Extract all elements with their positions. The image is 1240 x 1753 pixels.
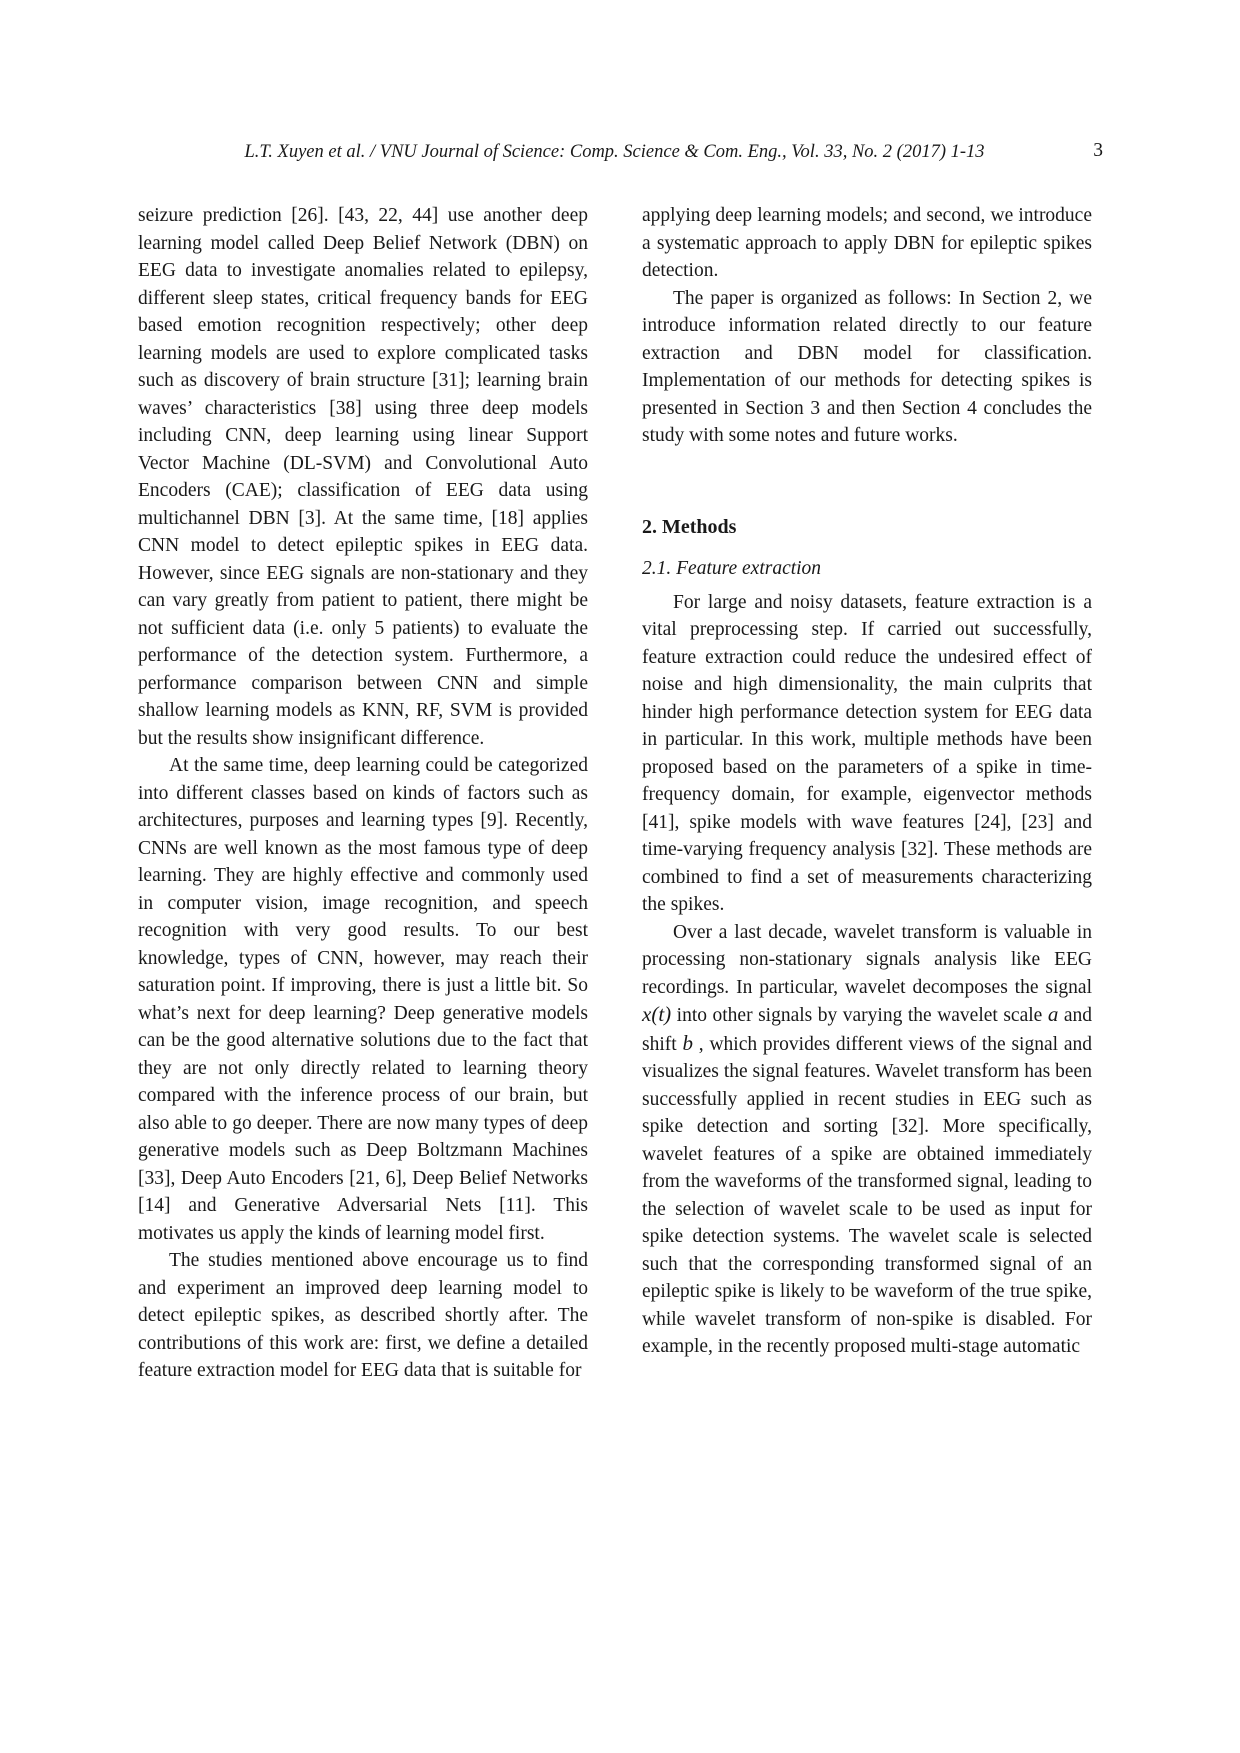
page-number: 3 — [1093, 140, 1103, 162]
right-column: applying deep learning models; and secon… — [642, 202, 1092, 1361]
running-head: L.T. Xuyen et al. / VNU Journal of Scien… — [138, 141, 1091, 163]
text-segment: , which provides different views of the … — [642, 1034, 1092, 1358]
paragraph-paper-organization: The paper is organized as follows: In Se… — [642, 285, 1092, 450]
text-segment: Over a last decade, wavelet transform is… — [642, 922, 1092, 998]
paragraph-feature-extraction: For large and noisy datasets, feature ex… — [642, 589, 1092, 919]
paragraph-related-work-continued: seizure prediction [26]. [43, 22, 44] us… — [138, 202, 588, 752]
paragraph-wavelet-transform: Over a last decade, wavelet transform is… — [642, 919, 1092, 1361]
text-segment: into other signals by varying the wavele… — [671, 1005, 1048, 1026]
paper-page: L.T. Xuyen et al. / VNU Journal of Scien… — [0, 0, 1240, 1753]
math-symbol-scale-a: a — [1048, 1002, 1059, 1026]
paragraph-deep-learning-classes: At the same time, deep learning could be… — [138, 752, 588, 1247]
math-symbol-shift-b: b — [682, 1031, 693, 1055]
math-symbol-x-of-t: x(t) — [642, 1002, 671, 1026]
section-heading-methods: 2. Methods — [642, 514, 1092, 542]
paragraph-contributions-continued: applying deep learning models; and secon… — [642, 202, 1092, 285]
subsection-heading-feature-extraction: 2.1. Feature extraction — [642, 555, 1092, 583]
left-column: seizure prediction [26]. [43, 22, 44] us… — [138, 202, 588, 1385]
paragraph-contributions: The studies mentioned above encourage us… — [138, 1247, 588, 1385]
